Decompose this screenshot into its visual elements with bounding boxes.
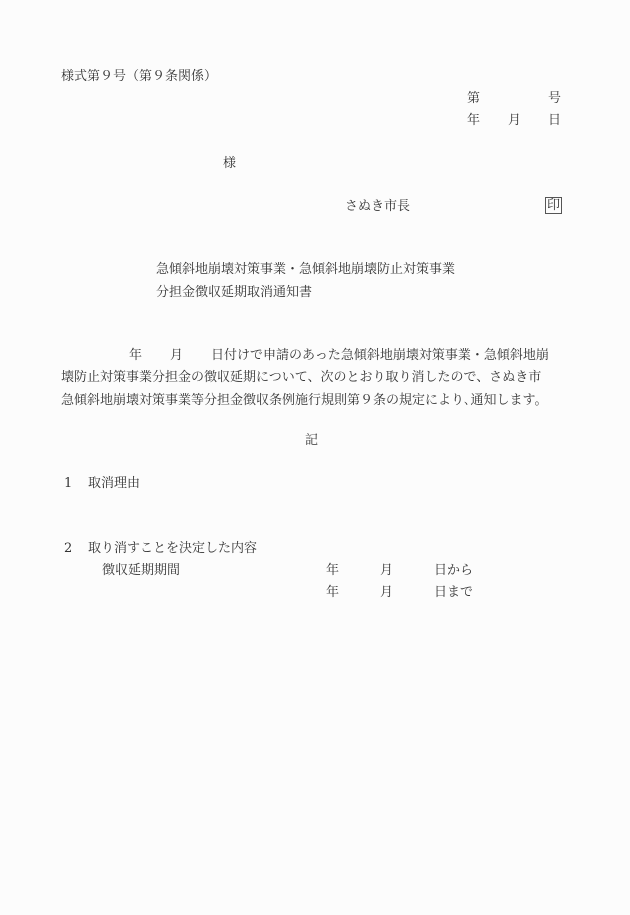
period-to-day: 日まで (434, 585, 473, 601)
body-month: 月 (170, 348, 183, 364)
date-year: 年 (467, 113, 480, 129)
issuer-name: さぬき市長 (345, 199, 410, 215)
period-to-month: 月 (380, 585, 393, 601)
ki-heading: 記 (305, 433, 318, 449)
body-line-2: 壊防止対策事業分担金の徴収延期について、次のとおり取り消したので、さぬき市 (61, 370, 541, 386)
item-2-number: 2 (64, 541, 72, 557)
form-number: 様式第９号（第９条関係） (61, 69, 217, 85)
seal-icon: 印 (545, 197, 562, 214)
body-line-1: 日付けで申請のあった急傾斜地崩壊対策事業・急傾斜地崩 (211, 348, 549, 364)
period-label: 徴収延期期間 (102, 563, 180, 579)
body-year: 年 (129, 348, 142, 364)
period-to-year: 年 (326, 585, 339, 601)
item-1-label: 取消理由 (88, 476, 140, 492)
item-1-number: 1 (64, 476, 72, 492)
date-month: 月 (508, 113, 521, 129)
title-line-1: 急傾斜地崩壊対策事業・急傾斜地崩壊防止対策事業 (156, 262, 455, 278)
recipient-suffix: 様 (223, 156, 236, 172)
body-line-3: 急傾斜地崩壊対策事業等分担金徴収条例施行規則第９条の規定により､通知します。 (61, 393, 547, 409)
period-from-day: 日から (434, 563, 473, 579)
date-day: 日 (548, 113, 561, 129)
period-from-year: 年 (326, 563, 339, 579)
reference-dai: 第 (467, 91, 480, 107)
reference-go: 号 (548, 91, 561, 107)
seal-mark: 印 (545, 197, 562, 214)
title-line-2: 分担金徴収延期取消通知書 (156, 285, 312, 301)
item-2-label: 取り消すことを決定した内容 (88, 541, 257, 557)
period-from-month: 月 (380, 563, 393, 579)
